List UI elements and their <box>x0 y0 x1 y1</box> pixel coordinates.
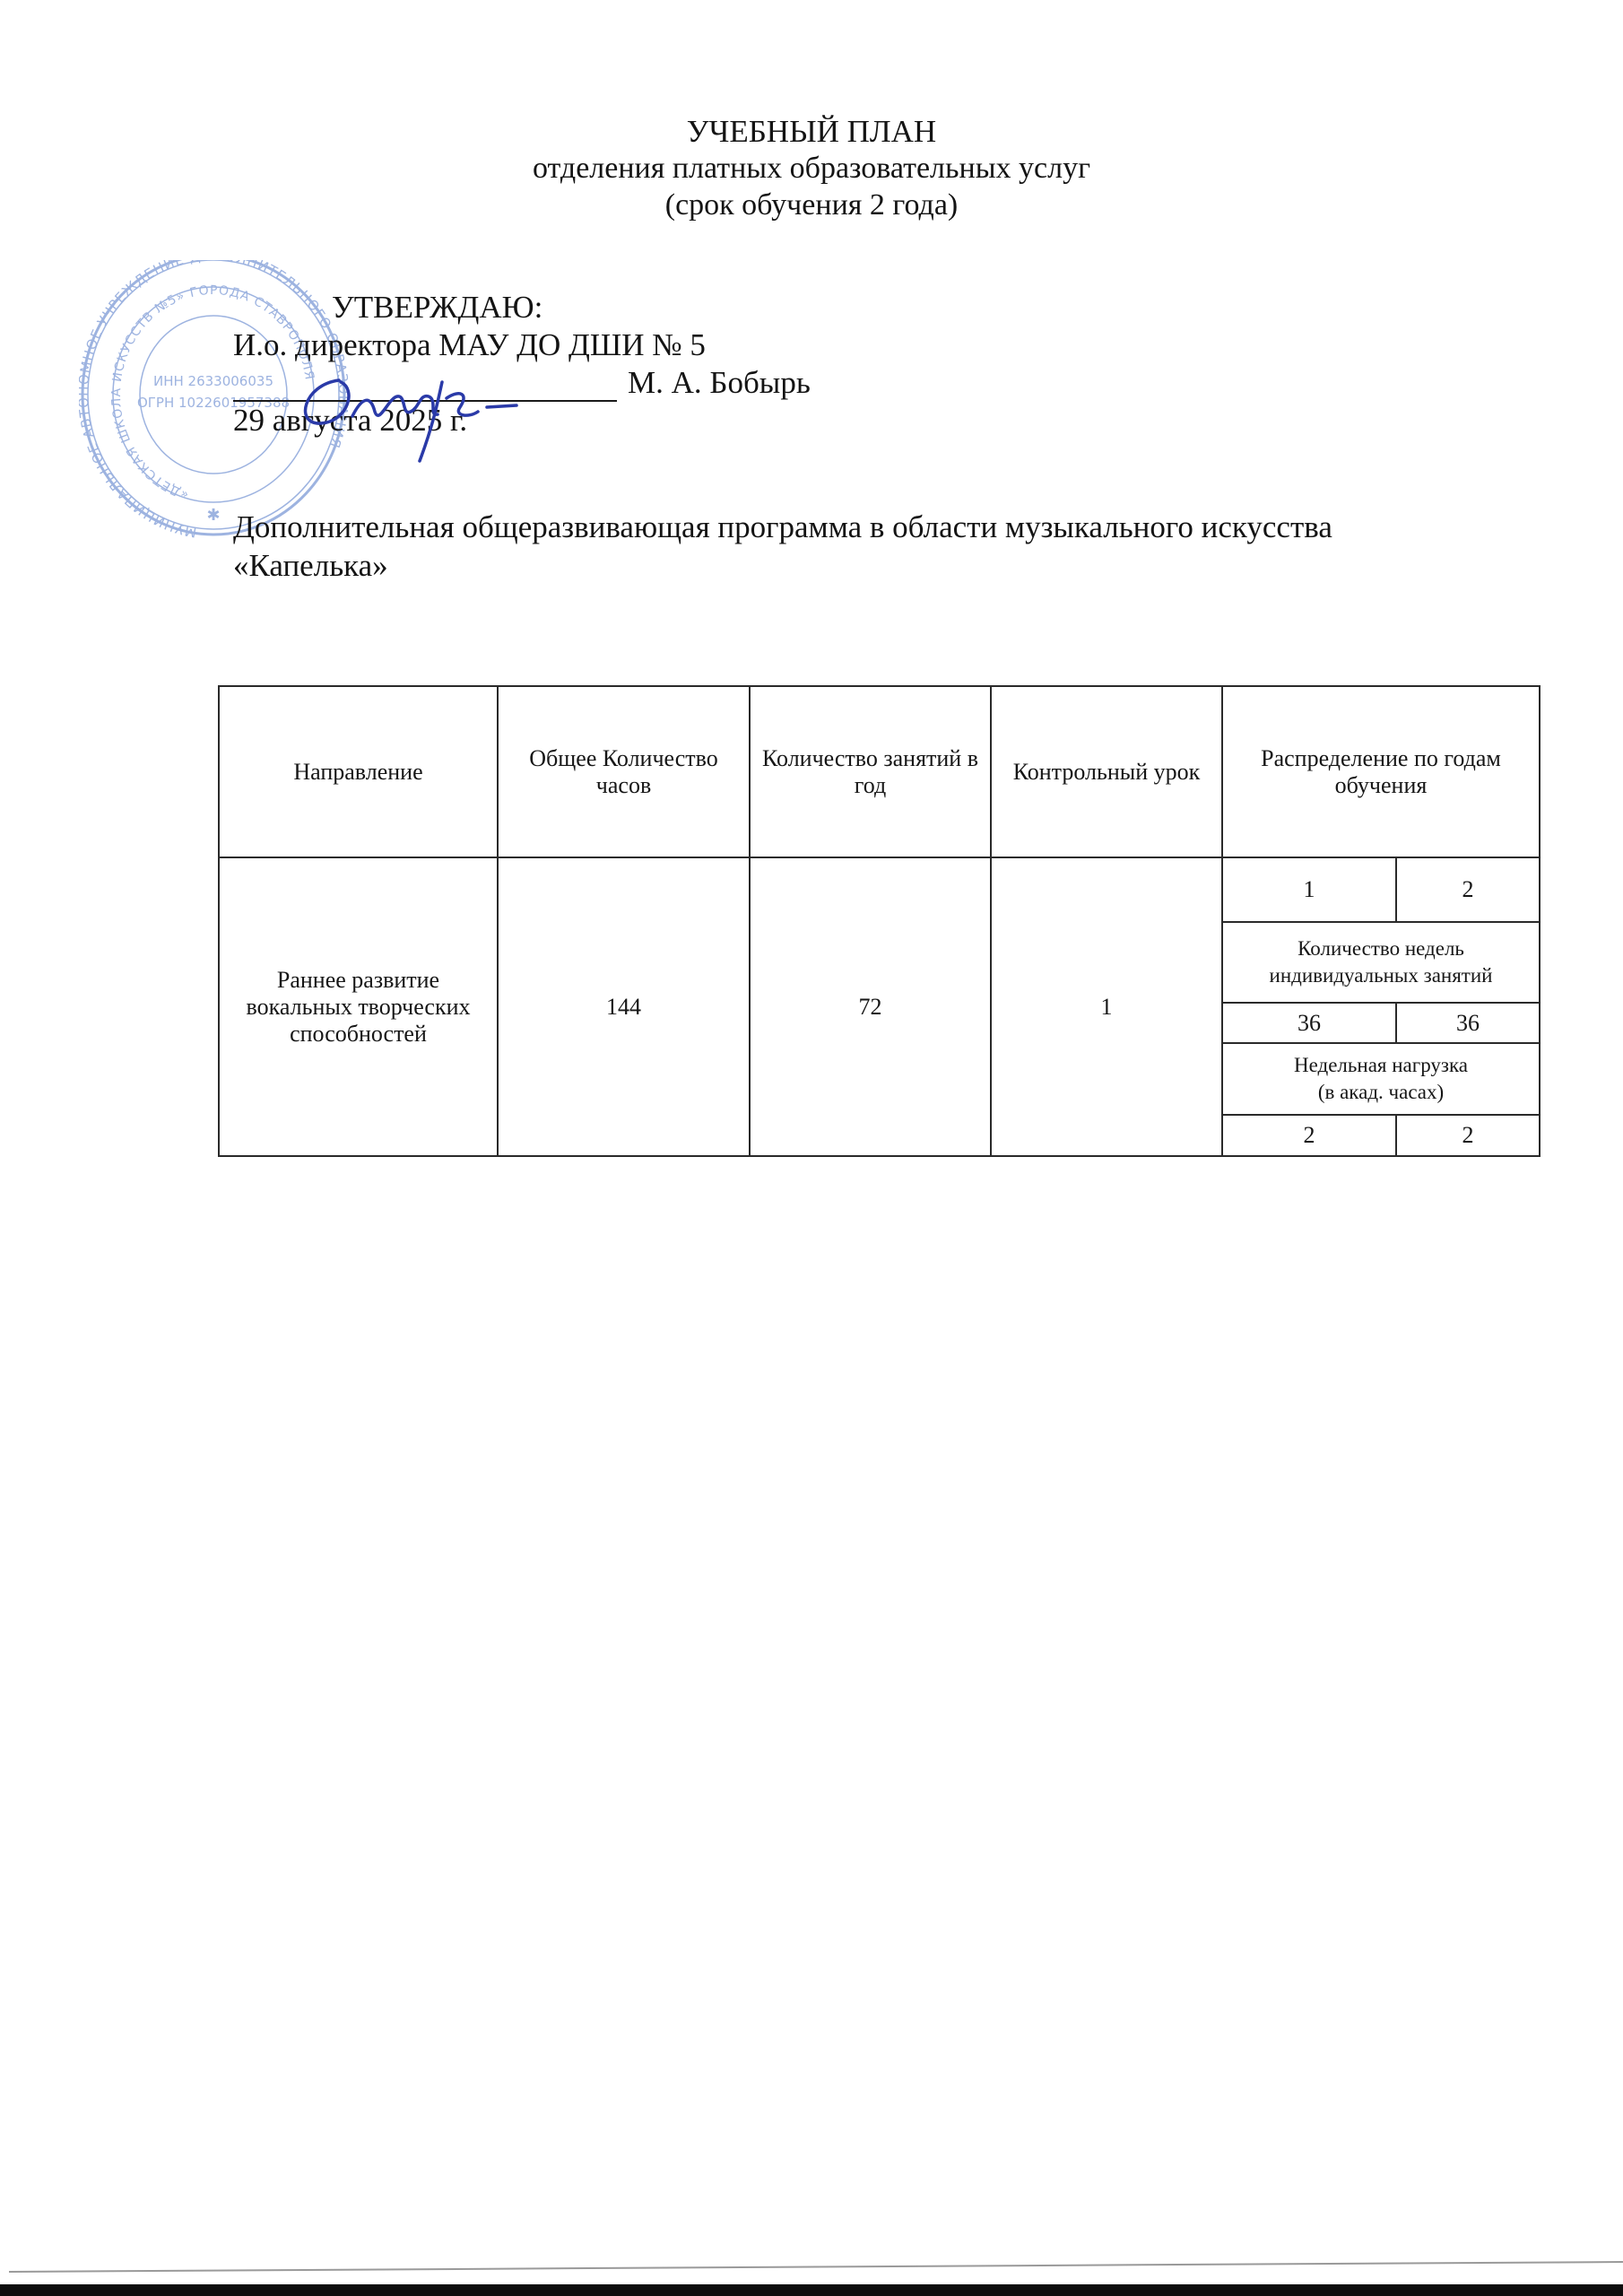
cell-weeks-label: Количество недель индивидуальных занятий <box>1222 922 1540 1003</box>
header-distribution: Распределение по годам обучения <box>1222 686 1540 857</box>
curriculum-table: Направление Общее Количество часов Колич… <box>218 685 1541 1157</box>
cell-year-2: 2 <box>1396 857 1540 922</box>
document-duration: (срок обучения 2 года) <box>0 187 1623 223</box>
scan-page-edge <box>9 2261 1623 2273</box>
cell-load-label: Недельная нагрузка (в акад. часах) <box>1222 1043 1540 1115</box>
header-control-lesson: Контрольный урок <box>991 686 1222 857</box>
cell-lessons-per-year: 72 <box>750 857 991 1156</box>
cell-load-year-1: 2 <box>1222 1115 1396 1156</box>
program-title: Дополнительная общеразвивающая программа… <box>233 508 1471 585</box>
document-title: УЧЕБНЫЙ ПЛАН <box>0 113 1623 150</box>
cell-weeks-year-2: 36 <box>1396 1003 1540 1043</box>
approval-block: УТВЕРЖДАЮ: И.о. директора МАУ ДО ДШИ № 5… <box>233 289 811 439</box>
load-label: Недельная нагрузка <box>1228 1052 1533 1079</box>
cell-load-year-2: 2 <box>1396 1115 1540 1156</box>
document-header: УЧЕБНЫЙ ПЛАН отделения платных образоват… <box>0 113 1623 223</box>
signatory-name: М. А. Бобырь <box>628 364 811 402</box>
scan-bottom-border <box>0 2284 1623 2296</box>
cell-direction: Раннее развитие вокальных творческих спо… <box>219 857 498 1156</box>
signature-underline <box>233 366 617 402</box>
approval-date: 29 августа 2025 г. <box>233 402 811 439</box>
signature-line: М. А. Бобырь <box>233 364 811 402</box>
cell-weeks-year-1: 36 <box>1222 1003 1396 1043</box>
table-header-row: Направление Общее Количество часов Колич… <box>219 686 1540 857</box>
approval-heading: УТВЕРЖДАЮ: <box>233 289 811 326</box>
table-row: Раннее развитие вокальных творческих спо… <box>219 857 1540 922</box>
cell-total-hours: 144 <box>498 857 750 1156</box>
cell-year-1: 1 <box>1222 857 1396 922</box>
header-direction: Направление <box>219 686 498 857</box>
header-lessons-per-year: Количество занятий в год <box>750 686 991 857</box>
cell-control-lesson: 1 <box>991 857 1222 1156</box>
header-total-hours: Общее Количество часов <box>498 686 750 857</box>
svg-text:✱: ✱ <box>206 506 220 524</box>
document-subtitle: отделения платных образовательных услуг <box>0 150 1623 187</box>
load-unit: (в акад. часах) <box>1228 1079 1533 1106</box>
approval-position: И.о. директора МАУ ДО ДШИ № 5 <box>233 326 811 364</box>
